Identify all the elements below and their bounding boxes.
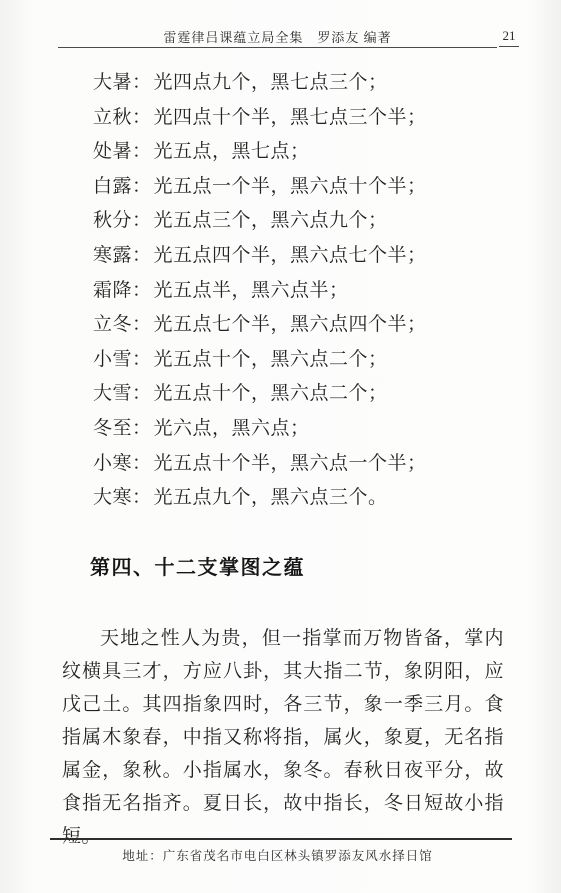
solar-term-row: 冬至：光六点，黑六点； [93, 412, 513, 447]
footer-divider [50, 838, 512, 840]
solar-term-value: 光五点十个，黑六点二个； [154, 349, 388, 370]
solar-terms-list: 大暑：光四点九个，黑七点三个； 立秋：光四点十个半，黑七点三个半； 处暑：光五点… [93, 66, 513, 516]
solar-term-value: 光五点半，黑六点半； [154, 280, 349, 301]
book-page: 雷霆律吕课蕴立局全集 罗添友 编著 21 大暑：光四点九个，黑七点三个； 立秋：… [0, 0, 561, 893]
solar-term-row: 小雪：光五点十个，黑六点二个； [93, 343, 513, 378]
solar-term-label: 大雪： [93, 383, 152, 404]
solar-term-row: 寒露：光五点四个半，黑六点七个半； [93, 239, 513, 274]
solar-term-value: 光四点九个，黑七点三个； [154, 72, 388, 93]
solar-term-row: 大暑：光四点九个，黑七点三个； [93, 66, 513, 101]
solar-term-row: 立秋：光四点十个半，黑七点三个半； [93, 101, 513, 136]
solar-term-value: 光五点四个半，黑六点七个半； [154, 245, 427, 266]
solar-term-label: 霜降： [93, 280, 152, 301]
solar-term-value: 光五点十个，黑六点二个； [154, 383, 388, 404]
solar-term-row: 小寒：光五点十个半，黑六点一个半； [93, 447, 513, 482]
footer-address: 地址：广东省茂名市电白区林头镇罗添友风水择日馆 [58, 846, 497, 864]
running-header: 雷霆律吕课蕴立局全集 罗添友 编著 [58, 27, 497, 48]
solar-term-label: 秋分： [93, 210, 152, 231]
solar-term-value: 光五点三个，黑六点九个； [154, 210, 388, 231]
solar-term-row: 霜降：光五点半，黑六点半； [93, 274, 513, 309]
solar-term-label: 大暑： [93, 72, 152, 93]
section-heading: 第四、十二支掌图之蕴 [90, 551, 305, 580]
page-number: 21 [499, 28, 519, 47]
solar-term-row: 秋分：光五点三个，黑六点九个； [93, 204, 513, 239]
solar-term-value: 光六点，黑六点； [154, 418, 310, 439]
solar-term-value: 光五点七个半，黑六点四个半； [154, 314, 427, 335]
solar-term-row: 大寒：光五点九个，黑六点三个。 [93, 481, 513, 516]
solar-term-label: 处暑： [93, 141, 152, 162]
solar-term-label: 大寒： [93, 487, 152, 508]
book-title: 雷霆律吕课蕴立局全集 罗添友 编著 [163, 30, 391, 45]
solar-term-value: 光四点十个半，黑七点三个半； [154, 107, 427, 128]
solar-term-row: 白露：光五点一个半，黑六点十个半； [93, 170, 513, 205]
solar-term-label: 冬至： [93, 418, 152, 439]
solar-term-row: 大雪：光五点十个，黑六点二个； [93, 377, 513, 412]
solar-term-row: 立冬：光五点七个半，黑六点四个半； [93, 308, 513, 343]
solar-term-row: 处暑：光五点，黑七点； [93, 135, 513, 170]
solar-term-value: 光五点一个半，黑六点十个半； [154, 176, 427, 197]
solar-term-label: 寒露： [93, 245, 152, 266]
solar-term-label: 白露： [93, 176, 152, 197]
solar-term-value: 光五点十个半，黑六点一个半； [154, 453, 427, 474]
body-paragraph: 天地之性人为贵，但一指掌而万物皆备，掌内纹横具三才，方应八卦，其大指二节，象阴阳… [62, 622, 504, 853]
solar-term-label: 立秋： [93, 107, 152, 128]
solar-term-value: 光五点，黑七点； [154, 141, 310, 162]
solar-term-label: 小雪： [93, 349, 152, 370]
solar-term-label: 小寒： [93, 453, 152, 474]
solar-term-value: 光五点九个，黑六点三个。 [154, 487, 388, 508]
solar-term-label: 立冬： [93, 314, 152, 335]
